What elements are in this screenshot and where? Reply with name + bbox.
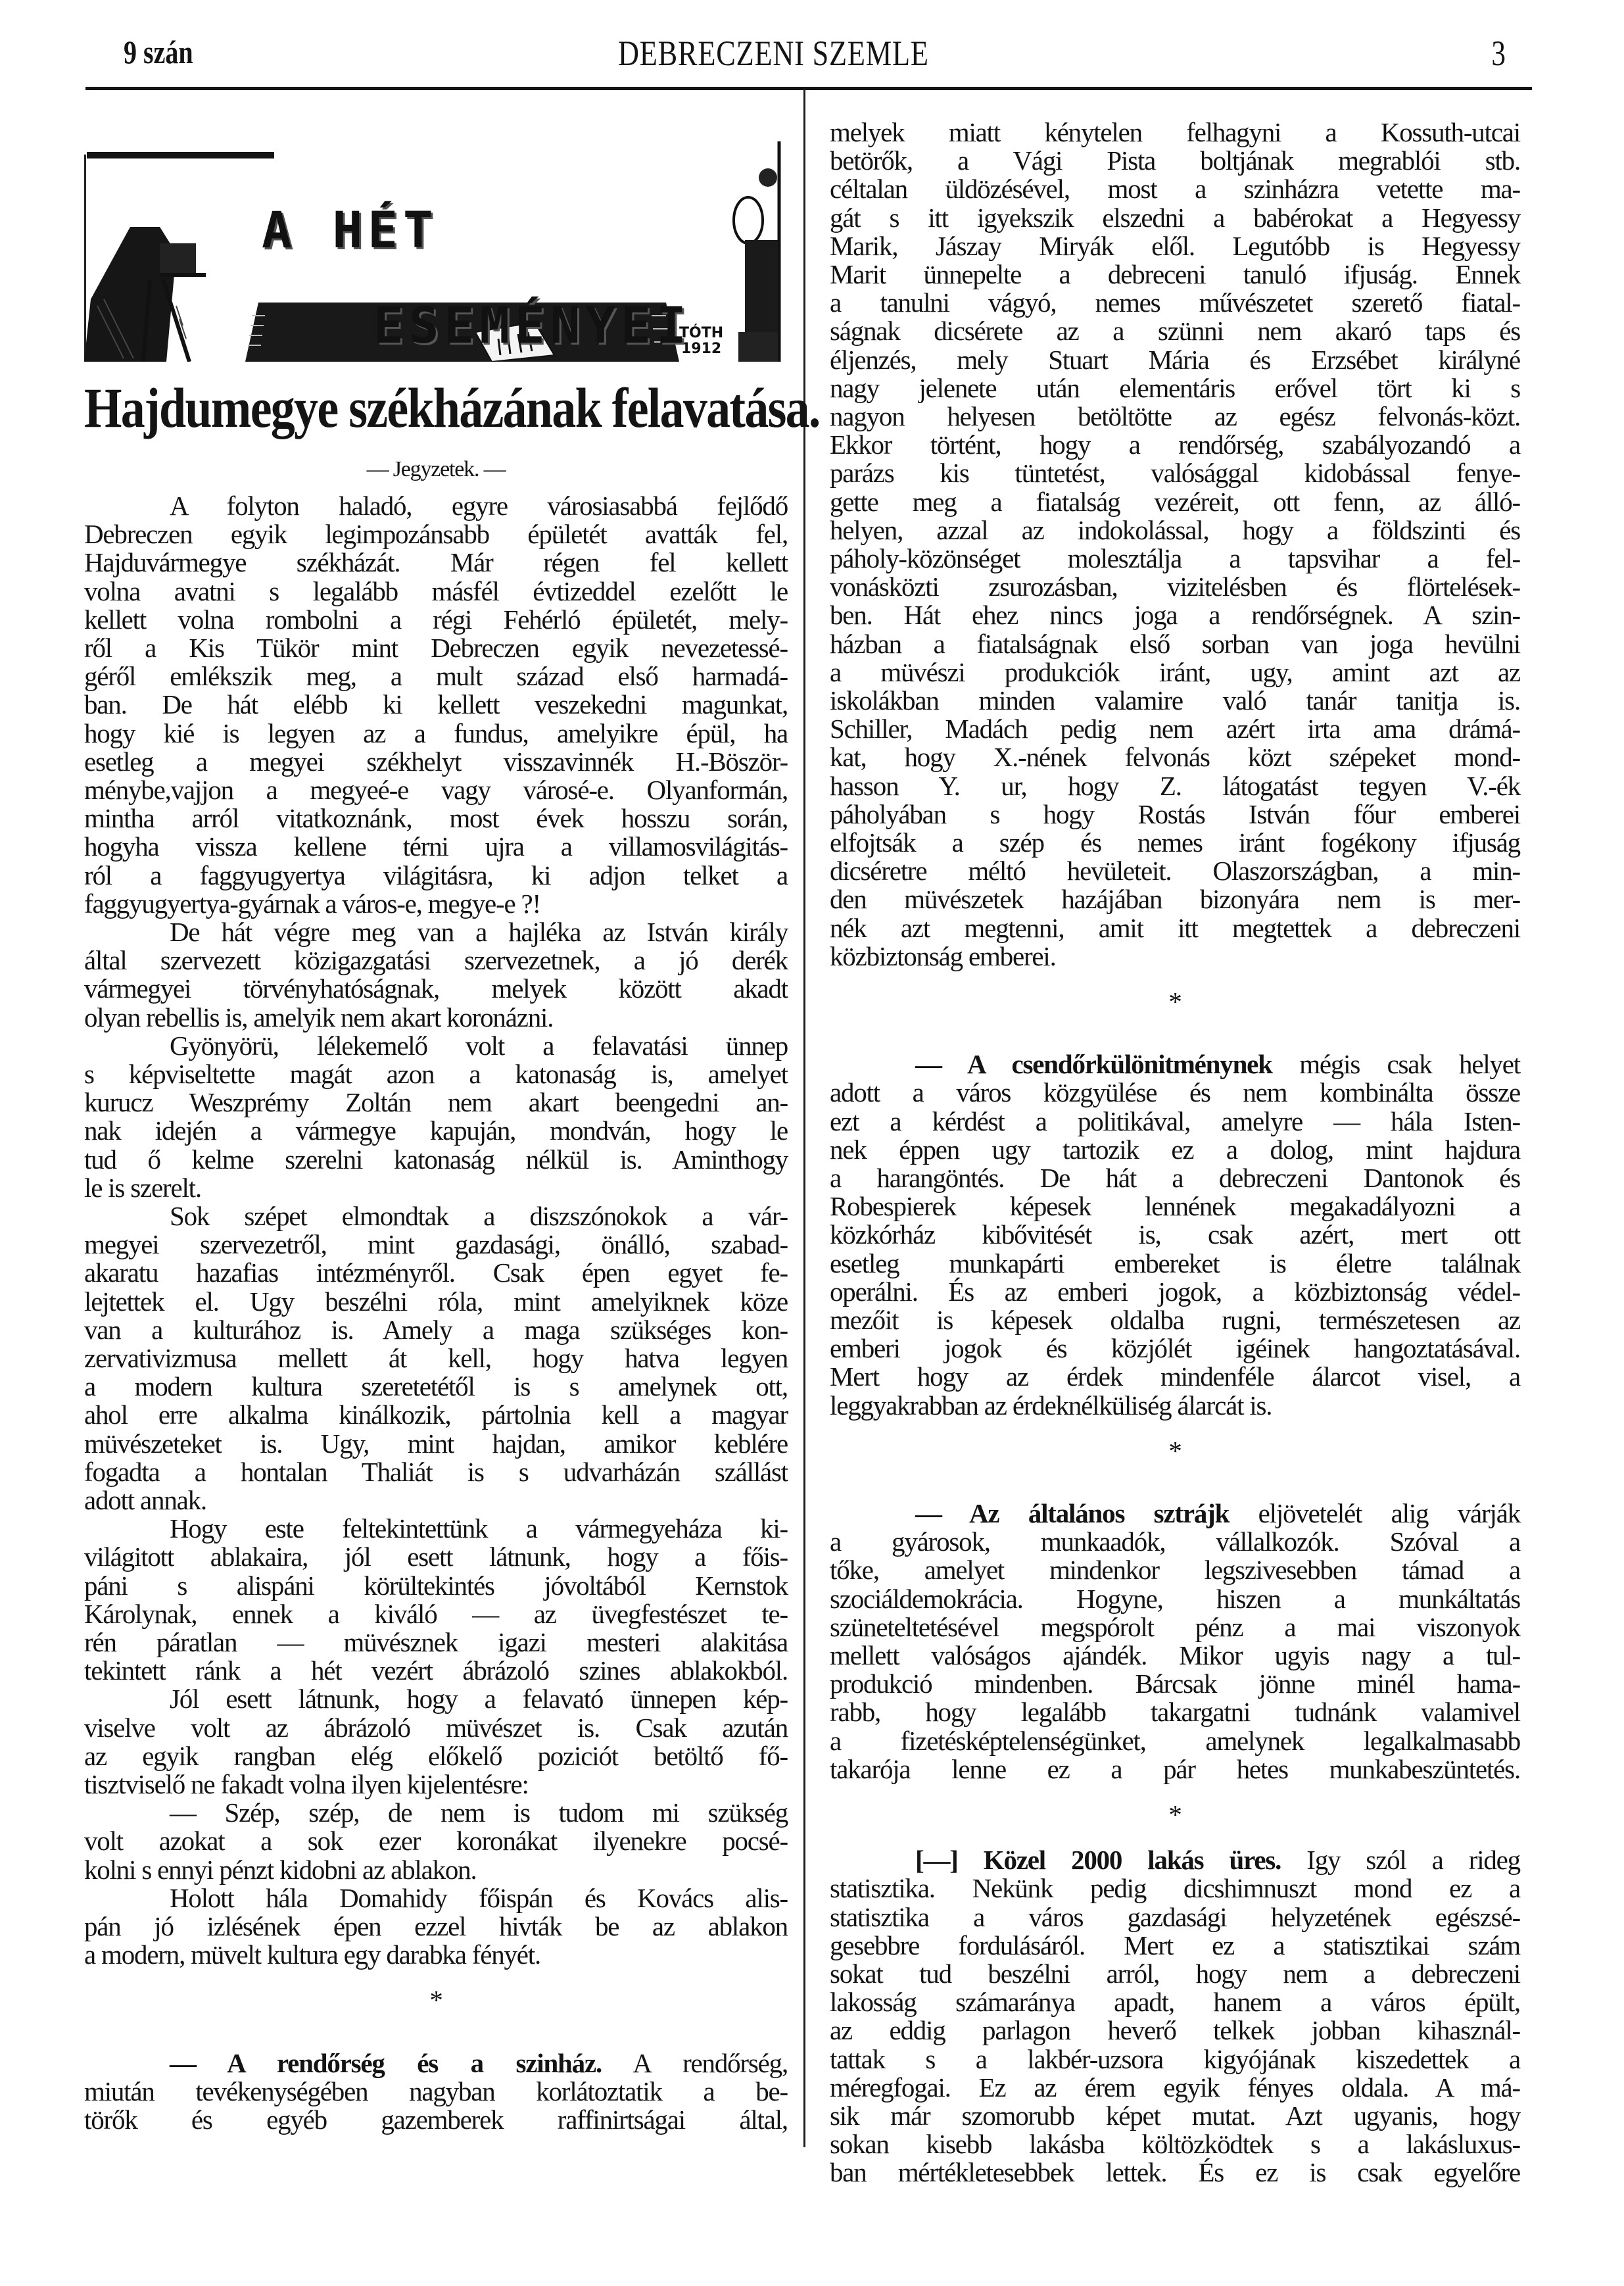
text-line: statisztika. Nekünk pedig dicshimnuszt m… xyxy=(830,1874,1520,1903)
text-line: szociáldemokrácia. Hogyne, hiszen a munk… xyxy=(830,1585,1520,1613)
text-line: pán jó izlésének épen ezzel hivták be az… xyxy=(84,1912,788,1941)
text-line: mezőit is képesek oldalba rugni, termész… xyxy=(830,1306,1520,1334)
text-line: van a kulturához is. Amely a maga szüksé… xyxy=(84,1316,788,1344)
text-line: miután tevékenységében nagyban korlátozt… xyxy=(84,2078,788,2106)
text-line: kellett volna rombolni a régi Fehérló ép… xyxy=(84,606,788,634)
text-line: dicséretre méltó hevületeit. Olaszország… xyxy=(830,857,1520,885)
section-separator-asterisk: * xyxy=(830,1437,1520,1465)
text-line: gesebbre fordulásáról. Mert ez a statisz… xyxy=(830,1932,1520,1960)
text-line: közbiztonság emberei. xyxy=(830,942,1520,971)
text-line: méregfogai. Ez az érem egyik fényes olda… xyxy=(830,2074,1520,2102)
text-line: akaratu hazafias intézményről. Csak épen… xyxy=(84,1259,788,1287)
text-line: ezt a kérdést a politikával, amelyre — h… xyxy=(830,1107,1520,1136)
text-line: sokat tud beszélni arról, hogy nem a deb… xyxy=(830,1960,1520,1988)
text-line: világitott ablakaira, jól esett látnunk,… xyxy=(84,1543,788,1571)
text-line: Ekkor történt, hogy a rendőrség, szabály… xyxy=(830,431,1520,459)
text-line: a tanulni vágyó, nemes művészetet szeret… xyxy=(830,289,1520,317)
text-line: nék azt megtenni, amit itt megtettek a d… xyxy=(830,914,1520,942)
text-line: kolni s ennyi pénzt kidobni az ablakon. xyxy=(84,1856,788,1884)
text-line: Robespierek képesek lennének megakadályo… xyxy=(830,1192,1520,1221)
section-separator-asterisk: * xyxy=(830,1801,1520,1829)
text-line: a gyárosok, munkaadók, vállalkozók. Szóv… xyxy=(830,1528,1520,1556)
text-line: tőke, amelyet mindenkor legszivesebben t… xyxy=(830,1556,1520,1584)
page-number: 3 xyxy=(1491,33,1506,74)
text-line: esetleg a megyei székhelyt visszavinnék … xyxy=(84,748,788,776)
text-line: Marik, Jászay Miryák elől. Legutóbb is H… xyxy=(830,232,1520,260)
article-headline: Hajdumegye székházának felavatása. xyxy=(84,378,690,437)
text-line: produkció mindenben. Bárcsak jönne minél… xyxy=(830,1670,1520,1698)
text-line: páholy-közönséget molesztálja a tapsviha… xyxy=(830,545,1520,573)
text-line: a modern kultura szeretetétől is s amely… xyxy=(84,1373,788,1401)
article-subtitle: — Jegyzetek. — xyxy=(84,455,788,483)
text-line: hasson Y. ur, hogy Z. látogatást tegyen … xyxy=(830,772,1520,800)
text-line: tekintett ránk a hét vezért ábrázoló szi… xyxy=(84,1657,788,1685)
text-line: Debreczen egyik legimpozánsabb épületét … xyxy=(84,520,788,548)
text-line: zervativizmusa mellett át kell, hogy hat… xyxy=(84,1344,788,1373)
text-line: kat, hogy X.-nének felvonás közt szépeke… xyxy=(830,743,1520,771)
text-line: a müvészi produkciók iránt, ugy, amint a… xyxy=(830,658,1520,687)
camera-tripod-icon xyxy=(84,227,255,362)
section-separator-asterisk: * xyxy=(84,1986,788,2014)
photographer-figure-icon xyxy=(725,141,784,362)
text-line: A folyton haladó, egyre városiasabbá fej… xyxy=(84,492,788,520)
section-separator-asterisk: * xyxy=(830,988,1520,1016)
text-line: helyen, azzal az indokolással, hogy a fö… xyxy=(830,516,1520,545)
section-lead-line: [—] Közel 2000 lakás üres. Igy szól a ri… xyxy=(830,1846,1520,1874)
text-line: Marit ünnepelte a debreceni tanuló ifjus… xyxy=(830,260,1520,289)
text-line: Hogy este feltekintettünk a vármegyeháza… xyxy=(84,1515,788,1543)
issue-number: 9 szán xyxy=(124,33,193,71)
text-line: megyei szervezetről, mint gazdasági, öná… xyxy=(84,1230,788,1259)
banner-title-line1: A HÉT xyxy=(262,201,439,259)
text-line: kurucz Weszprémy Zoltán nem akart beenge… xyxy=(84,1088,788,1117)
text-line: olyan rebellis is, amelyik nem akart kor… xyxy=(84,1004,788,1032)
banner-illustration: TÓTH 1912 A HÉT ESEMÉNYEI xyxy=(84,128,789,362)
text-line: esetleg munkapárti embereket is életre t… xyxy=(830,1250,1520,1278)
text-line: Holott hála Domahidy főispán és Kovács a… xyxy=(84,1884,788,1912)
text-line: ménybe,vajjon a megyeé-e vagy városé-e. … xyxy=(84,776,788,804)
text-line: rabb, hogy legalább takargatni tudnánk v… xyxy=(830,1698,1520,1726)
text-line: sokan kisebb lakásba költözködtek s a la… xyxy=(830,2130,1520,2158)
text-line: takarója lenne ez a pár hetes munkabeszü… xyxy=(830,1755,1520,1784)
text-line: nak idején a vármegye kapuján, mondván, … xyxy=(84,1117,788,1145)
text-line: géről emlékszik meg, a mult század első … xyxy=(84,662,788,691)
text-line: parázs kis tüntetést, valósággal kidobás… xyxy=(830,459,1520,487)
section-title: — A rendőrség és a szinház. xyxy=(170,2048,602,2078)
text-line: Sok szépet elmondtak a diszszónokok a vá… xyxy=(84,1202,788,1230)
text-line: a modern, müvelt kultura egy darabka fén… xyxy=(84,1941,788,1969)
text-line: statisztika a város gazdasági helyzeténe… xyxy=(830,1903,1520,1932)
text-line: elfojtsák a szép és nemes iránt fogékony… xyxy=(830,829,1520,857)
section-lead-text: eljövetelét alig várják xyxy=(1229,1498,1520,1528)
text-line: mellett valóságos ajándék. Mikor ugyis n… xyxy=(830,1642,1520,1670)
text-line: céltalan üldözésével, most a szinházra v… xyxy=(830,175,1520,203)
text-line: leggyakrabban az érdeknélküliség álarcát… xyxy=(830,1392,1520,1420)
text-line: Gyönyörü, lélekemelő volt a felavatási ü… xyxy=(84,1032,788,1060)
text-line: az eddig parlagon heverő telkek jobban k… xyxy=(830,2016,1520,2045)
text-line: ban. De hát elébb ki kellett veszekedni … xyxy=(84,691,788,719)
text-line: hogyha vissza kellene térni ujra a villa… xyxy=(84,833,788,861)
section-lead-line: — A rendőrség és a szinház. A rendőrség, xyxy=(84,2049,788,2078)
text-line: mintha arról vitatkoznánk, most évek hos… xyxy=(84,804,788,833)
header-rule xyxy=(85,87,1532,90)
section-lead-line: — Az általános sztrájk eljövetelét alig … xyxy=(830,1499,1520,1528)
text-line: volna avatni s legalább másfél évtizedde… xyxy=(84,577,788,606)
text-line: le is szerelt. xyxy=(84,1174,788,1202)
text-line: tisztviselő ne fakadt volna ilyen kijele… xyxy=(84,1770,788,1799)
text-line: s képviseltette magát azon a katonaság i… xyxy=(84,1060,788,1088)
text-line: a fizetésképtelenségünket, amelynek lega… xyxy=(830,1727,1520,1755)
text-line: rén páratlan — müvésznek igazi mesteri a… xyxy=(84,1628,788,1657)
text-line: sik már szomorubb képet mutat. Azt ugyan… xyxy=(830,2102,1520,2130)
section-title: — Az általános sztrájk xyxy=(915,1498,1229,1528)
text-line: viselve volt az ábrázoló müvészet is. Cs… xyxy=(84,1714,788,1742)
text-line: hogy kié is legyen az a fundus, amelyikr… xyxy=(84,719,788,748)
text-line: ságnak dicsérete az a szünni nem akaró t… xyxy=(830,317,1520,345)
text-line: den müvészetek hazájában bizonyára nem i… xyxy=(830,885,1520,913)
text-line: melyek miatt kénytelen felhagyni a Kossu… xyxy=(830,118,1520,147)
text-line: házban a fiatalságnak első sorban van jo… xyxy=(830,630,1520,658)
section-lead-line: — A csendőrkülönitménynek mégis csak hel… xyxy=(830,1050,1520,1079)
text-line: Jól esett látnunk, hogy a felavató ünnep… xyxy=(84,1685,788,1713)
section-title: [—] Közel 2000 lakás üres. xyxy=(915,1845,1281,1875)
text-line: nagy jelenete után elementáris erővel tö… xyxy=(830,374,1520,402)
text-line: által szervezett közigazgatási szervezet… xyxy=(84,946,788,975)
text-line: De hát végre meg van a hajléka az István… xyxy=(84,918,788,946)
section-lead-text: A rendőrség, xyxy=(602,2048,788,2078)
text-line: operálni. És az emberi jogok, a közbizto… xyxy=(830,1278,1520,1306)
text-line: közkórház kibővitését is, csak azért, me… xyxy=(830,1221,1520,1249)
section-title: — A csendőrkülönitménynek xyxy=(915,1049,1272,1079)
text-line: Mert hogy az érdek mindenféle álarcot vi… xyxy=(830,1363,1520,1391)
section-lead-text: mégis csak helyet xyxy=(1272,1049,1520,1079)
text-line: az egyik rangban elég előkelő poziciót b… xyxy=(84,1742,788,1770)
text-line: ról a faggyugyertya világitásra, ki adjo… xyxy=(84,862,788,890)
text-line: gát s itt igyekszik elszedni a babérokat… xyxy=(830,204,1520,232)
text-line: müvészeteket is. Ugy, mint hajdan, amiko… xyxy=(84,1430,788,1458)
text-line: szüneteltetésével megspórolt pénz a mai … xyxy=(830,1613,1520,1642)
publication-title: DEBRECZENI SZEMLE xyxy=(618,33,929,74)
text-line: tattak s a lakbér-uzsora kigyójának kisz… xyxy=(830,2045,1520,2074)
text-line: ben. Hát ehez nincs joga a rendőrségnek.… xyxy=(830,601,1520,629)
text-line: éljenzés, mely Stuart Mária és Erzsébet … xyxy=(830,346,1520,374)
text-line: fogadta a hontalan Thaliát is s udvarház… xyxy=(84,1458,788,1486)
running-header: 9 szán DEBRECZENI SZEMLE 3 xyxy=(85,26,1532,92)
text-line: Schiller, Madách pedig nem azért irta am… xyxy=(830,715,1520,743)
text-line: lakosság számaránya apadt, hanem a város… xyxy=(830,1988,1520,2016)
text-line: — Szép, szép, de nem is tudom mi szükség xyxy=(84,1799,788,1827)
text-line: a harangöntés. De hát a debreczeni Danto… xyxy=(830,1164,1520,1192)
text-line: vármegyei törvényhatóságnak, melyek közö… xyxy=(84,975,788,1003)
text-line: tud ő kelme szerelni katonaság nélkül is… xyxy=(84,1146,788,1174)
text-line: ban mértékletesebbek lettek. És ez is cs… xyxy=(830,2158,1520,2187)
text-line: gette meg a fiatalság vezéreit, ott fenn… xyxy=(830,488,1520,516)
text-line: adott annak. xyxy=(84,1486,788,1515)
text-line: Hajduvármegye székházát. Már régen fel k… xyxy=(84,548,788,577)
text-line: betörők, a Vági Pista boltjának megrabló… xyxy=(830,147,1520,175)
text-line: lejtettek el. Ugy beszélni róla, mint am… xyxy=(84,1288,788,1316)
text-line: Károlynak, ennek a kiváló — az üvegfesté… xyxy=(84,1600,788,1628)
text-line: nek éppen ugy tartozik ez a dolog, mint … xyxy=(830,1136,1520,1164)
banner-title-line2: ESEMÉNYEI xyxy=(373,296,692,354)
text-line: ahol erre alkalma kinálkozik, pártolnia … xyxy=(84,1401,788,1429)
section-lead-text: Igy szól a rideg xyxy=(1281,1845,1520,1875)
text-line: törők és egyéb gazemberek raffinirtságai… xyxy=(84,2106,788,2134)
text-line: páni s alispáni körültekintés jóvoltából… xyxy=(84,1572,788,1600)
text-line: volt azokat a sok ezer koronákat ilyenek… xyxy=(84,1827,788,1855)
text-line: emberi jogok és közjólét igéinek hangozt… xyxy=(830,1334,1520,1363)
text-line: vonásközti zsurozásban, vizitelésben és … xyxy=(830,573,1520,601)
text-line: iskolákban minden valamire való tanár ta… xyxy=(830,687,1520,715)
text-line: adott a város közgyülése és nem kombinál… xyxy=(830,1079,1520,1107)
text-line: nagyon helyesen betöltötte az egész felv… xyxy=(830,402,1520,431)
text-line: páholyában s hogy Rostás István főur emb… xyxy=(830,800,1520,829)
text-line: ről a Kis Tükör mint Debreczen egyik nev… xyxy=(84,634,788,662)
text-line: faggyugyertya-gyárnak a város-e, megye-e… xyxy=(84,890,788,918)
